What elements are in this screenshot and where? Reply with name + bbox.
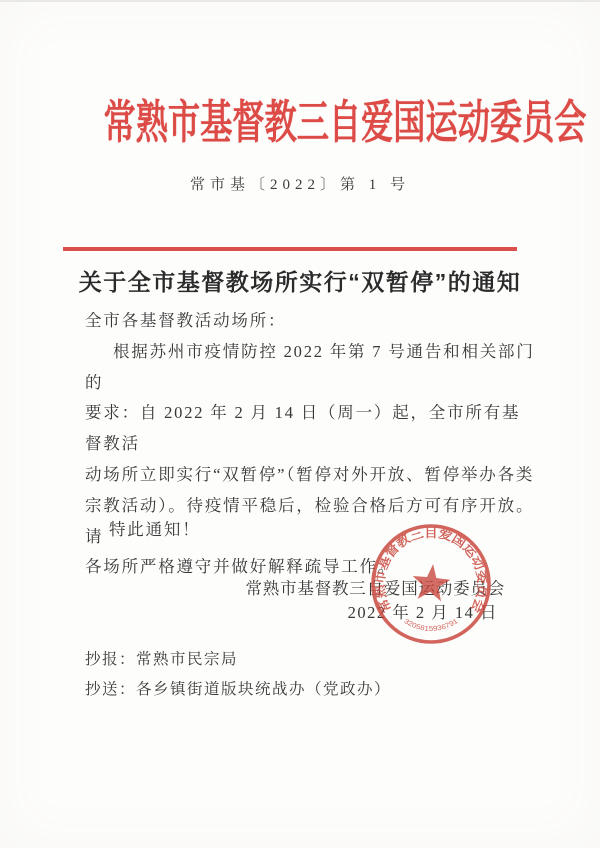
- issuing-organization-title: 常熟市基督教三自爱国运动委员会: [104, 92, 587, 152]
- salutation-line: 全市各基督教活动场所：: [85, 306, 537, 337]
- body-line: 要求：自 2022 年 2 月 14 日（周一）起，全市所有基督教活: [85, 398, 537, 460]
- red-divider-rule: [63, 247, 517, 251]
- copy-report-line: 抄报：常熟市民宗局: [85, 647, 238, 669]
- body-line: 根据苏州市疫情防控 2022 年第 7 号通告和相关部门的: [85, 337, 537, 399]
- document-page: 常熟市基督教三自爱国运动委员会 常市基〔2022〕第 1 号 关于全市基督教场所…: [0, 0, 600, 848]
- closing-line: 特此通知！: [109, 516, 201, 540]
- notice-body: 全市各基督教活动场所： 根据苏州市疫情防控 2022 年第 7 号通告和相关部门…: [85, 306, 537, 583]
- body-line: 动场所立即实行“双暂停”（暂停对外开放、暂停举办各类: [85, 460, 537, 491]
- red-header: 常熟市基督教三自爱国运动委员会: [0, 92, 600, 152]
- notice-title: 关于全市基督教场所实行“双暂停”的通知: [0, 264, 600, 297]
- signature-organization: 常熟市基督教三自爱国运动委员会: [246, 575, 506, 599]
- copy-send-line: 抄送：各乡镇街道版块统战办（党政办）: [85, 677, 391, 699]
- signature-date: 2022 年 2 月 14 日: [348, 599, 498, 623]
- document-number: 常市基〔2022〕第 1 号: [0, 173, 600, 194]
